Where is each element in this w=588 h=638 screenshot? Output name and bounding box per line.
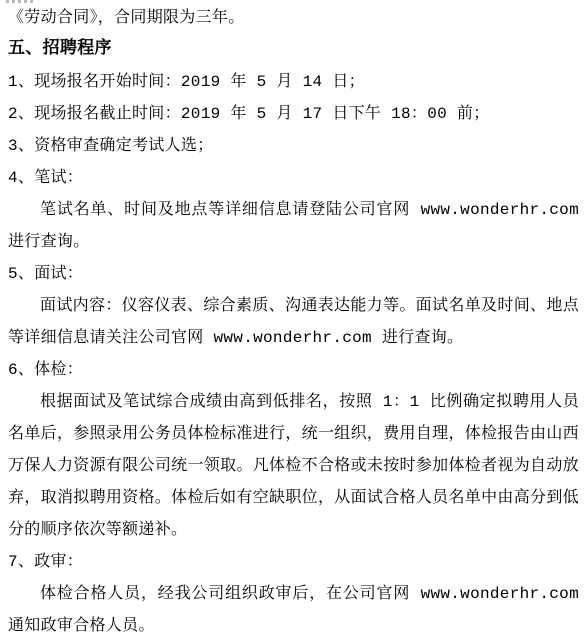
document-page: 《劳动合同》，合同期限为三年。五、招聘程序1、现场报名开始时间：2019 年 5…	[0, 0, 588, 638]
paragraph: 3、资格审查确定考试人选；	[8, 130, 579, 162]
cropped-text-remnant	[6, 0, 36, 3]
document-body: 《劳动合同》，合同期限为三年。五、招聘程序1、现场报名开始时间：2019 年 5…	[8, 2, 579, 638]
paragraph: 《劳动合同》，合同期限为三年。	[8, 2, 579, 34]
paragraph: 笔试名单、时间及地点等详细信息请登陆公司官网 www.wonderhr.com …	[8, 194, 579, 258]
paragraph: 面试内容：仪容仪表、综合素质、沟通表达能力等。面试名单及时间、地点等详细信息请关…	[8, 290, 579, 354]
paragraph: 2、现场报名截止时间：2019 年 5 月 17 日下午 18：00 前；	[8, 98, 579, 130]
paragraph: 7、政审：	[8, 546, 579, 578]
paragraph: 4、笔试：	[8, 162, 579, 194]
paragraph: 6、体检：	[8, 354, 579, 386]
paragraph: 根据面试及笔试综合成绩由高到低排名，按照 1：1 比例确定拟聘用人员名单后，参照…	[8, 386, 579, 546]
paragraph: 1、现场报名开始时间：2019 年 5 月 14 日；	[8, 66, 579, 98]
paragraph: 5、面试：	[8, 258, 579, 290]
section-heading: 五、招聘程序	[8, 34, 579, 66]
paragraph: 体检合格人员，经我公司组织政审后，在公司官网 www.wonderhr.com …	[8, 578, 579, 638]
